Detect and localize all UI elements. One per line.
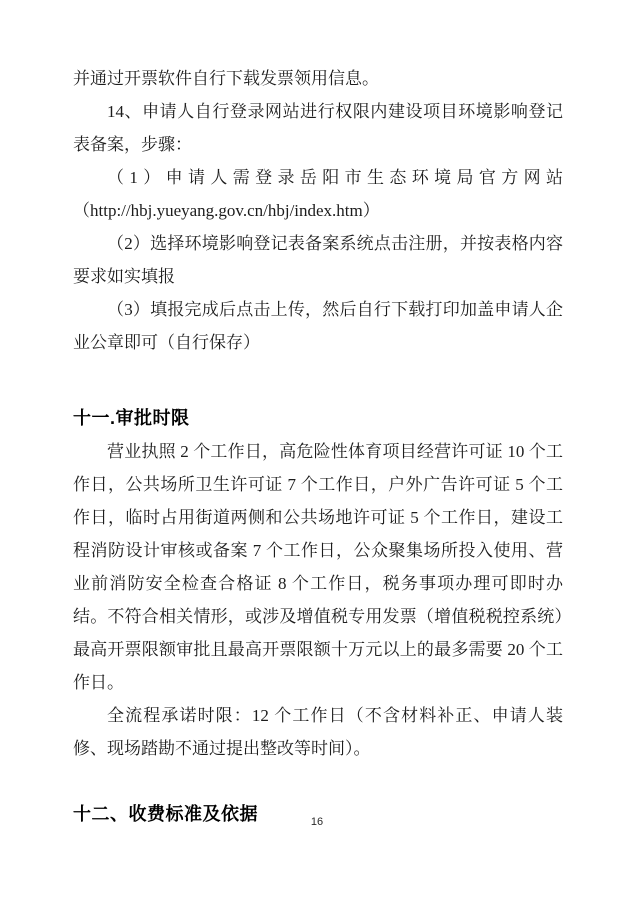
section-heading-approval-time-limit: 十一.审批时限 xyxy=(73,402,563,435)
paragraph-step-2: （2）选择环境影响登记表备案系统点击注册，并按表格内容要求如实填报 xyxy=(73,227,563,293)
document-content: 并通过开票软件自行下载发票领用信息。 14、申请人自行登录网站进行权限内建设项目… xyxy=(73,62,563,831)
paragraph-step-3: （3）填报完成后点击上传，然后自行下载打印加盖申请人企业公章即可（自行保存） xyxy=(73,293,563,359)
paragraph-full-process-promise: 全流程承诺时限：12 个工作日（不含材料补正、申请人装修、现场踏勘不通过提出整改… xyxy=(73,699,563,765)
website-url: （http://hbj.yueyang.gov.cn/hbj/index.htm… xyxy=(73,201,380,220)
paragraph-step-1: （1）申请人需登录岳阳市生态环境局官方网站（http://hbj.yueyang… xyxy=(73,161,563,227)
page-number: 16 xyxy=(0,816,634,828)
paragraph-step-1-text: （1）申请人需登录岳阳市生态环境局官方网站 xyxy=(107,168,563,187)
paragraph-item-14: 14、申请人自行登录网站进行权限内建设项目环境影响登记表备案，步骤： xyxy=(73,95,563,161)
paragraph-invoice-info: 并通过开票软件自行下载发票领用信息。 xyxy=(73,62,563,95)
paragraph-approval-durations: 营业执照 2 个工作日，高危险性体育项目经营许可证 10 个工作日，公共场所卫生… xyxy=(73,435,563,699)
document-page: 并通过开票软件自行下载发票领用信息。 14、申请人自行登录网站进行权限内建设项目… xyxy=(0,0,634,898)
